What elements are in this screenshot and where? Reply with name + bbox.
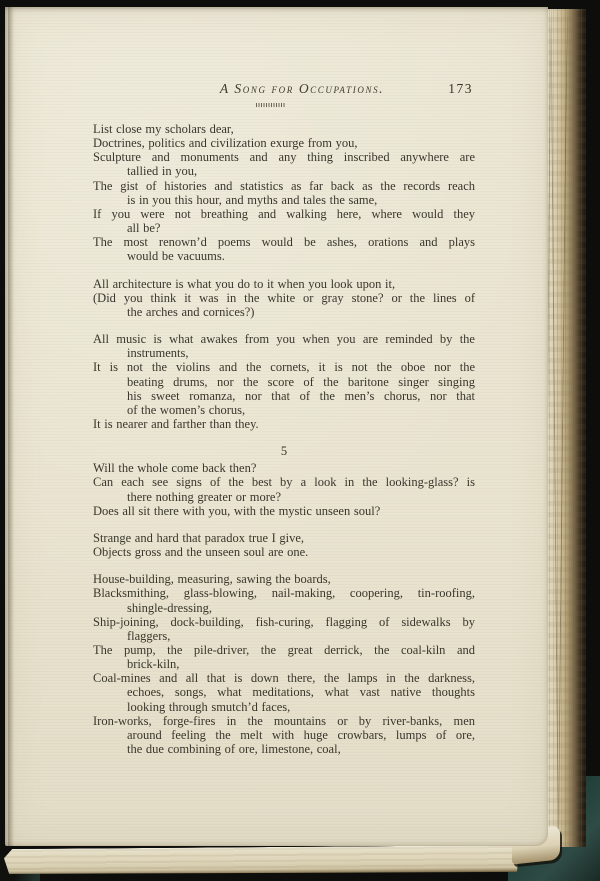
page-edge-texture <box>550 9 560 847</box>
running-header: A Song for Occupations. 173 <box>93 81 475 97</box>
stanza: Will the whole come back then?Can each s… <box>93 461 475 518</box>
poem-line: It is not the violins and the cornets, i… <box>93 360 475 374</box>
poem-line: there nothing greater or more? <box>93 490 475 504</box>
poem-line: would be vacuums. <box>93 249 475 263</box>
poem-line: brick-kiln, <box>93 657 475 671</box>
poem-line: Objects gross and the unseen soul are on… <box>93 545 475 559</box>
poem-line: tallied in you, <box>93 164 475 178</box>
poem-line: all be? <box>93 221 475 235</box>
poem-line: the arches and cornices?) <box>93 305 475 319</box>
poem-line: instruments, <box>93 346 475 360</box>
page-gutter-crease <box>8 7 14 846</box>
header-ornament-rule <box>256 103 286 107</box>
poem-line: Can each see signs of the best by a look… <box>93 475 475 489</box>
poem-line: is in you this hour, and myths and tales… <box>93 193 475 207</box>
book-page-edges-bottom <box>4 845 520 876</box>
poem-line: Sculpture and monuments and any thing in… <box>93 150 475 164</box>
poem-line: of the women’s chorus, <box>93 403 475 417</box>
page-edge-texture <box>558 9 570 847</box>
poem-line: House-building, measuring, sawing the bo… <box>93 572 475 586</box>
stanza: All music is what awakes from you when y… <box>93 332 475 431</box>
poem-line: his sweet romanza, nor that of the men’s… <box>93 389 475 403</box>
poem-line: Strange and hard that paradox true I giv… <box>93 531 475 545</box>
page-number: 173 <box>448 81 473 97</box>
poem-line: All music is what awakes from you when y… <box>93 332 475 346</box>
poem-line: It is nearer and farther than they. <box>93 417 475 431</box>
poem-line: All architecture is what you do to it wh… <box>93 277 475 291</box>
poem-line: Doctrines, politics and civilization exu… <box>93 136 475 150</box>
poem-line: looking through smutch’d faces, <box>93 700 475 714</box>
stanza: All architecture is what you do to it wh… <box>93 277 475 319</box>
poem-line: The gist of histories and statistics as … <box>93 179 475 193</box>
poem-line: around feeling the melt with huge crowba… <box>93 728 475 742</box>
poem-line: beating drums, nor the score of the bari… <box>93 375 475 389</box>
book-page: A Song for Occupations. 173 List close m… <box>5 7 548 846</box>
section-number: 5 <box>93 444 475 458</box>
poem-line: the due combining of ore, limestone, coa… <box>93 742 475 756</box>
poem-line: Will the whole come back then? <box>93 461 475 475</box>
poem-text: List close my scholars dear,Doctrines, p… <box>93 122 475 756</box>
poem-line: echoes, songs, what meditations, what va… <box>93 685 475 699</box>
poem-line: shingle-dressing, <box>93 601 475 615</box>
poem-line: flaggers, <box>93 629 475 643</box>
poem-line: Does all sit there with you, with the my… <box>93 504 475 518</box>
poem-line: Iron-works, forge-fires in the mountains… <box>93 714 475 728</box>
scanned-book-photo: A Song for Occupations. 173 List close m… <box>0 0 600 881</box>
poem-line: Ship-joining, dock-building, fish-curing… <box>93 615 475 629</box>
poem-line: List close my scholars dear, <box>93 122 475 136</box>
stanza: Strange and hard that paradox true I giv… <box>93 531 475 559</box>
poem-line: (Did you think it was in the white or gr… <box>93 291 475 305</box>
poem-line: If you were not breathing and walking he… <box>93 207 475 221</box>
poem-line: Blacksmithing, glass-blowing, nail-makin… <box>93 586 475 600</box>
poem-line: The most renown’d poems would be ashes, … <box>93 235 475 249</box>
stanza: House-building, measuring, sawing the bo… <box>93 572 475 756</box>
poem-line: Coal-mines and all that is down there, t… <box>93 671 475 685</box>
page-text-block: A Song for Occupations. 173 List close m… <box>93 81 475 756</box>
poem-line: The pump, the pile-driver, the great der… <box>93 643 475 657</box>
stanza: List close my scholars dear,Doctrines, p… <box>93 122 475 264</box>
running-head-title: A Song for Occupations. <box>111 81 493 97</box>
